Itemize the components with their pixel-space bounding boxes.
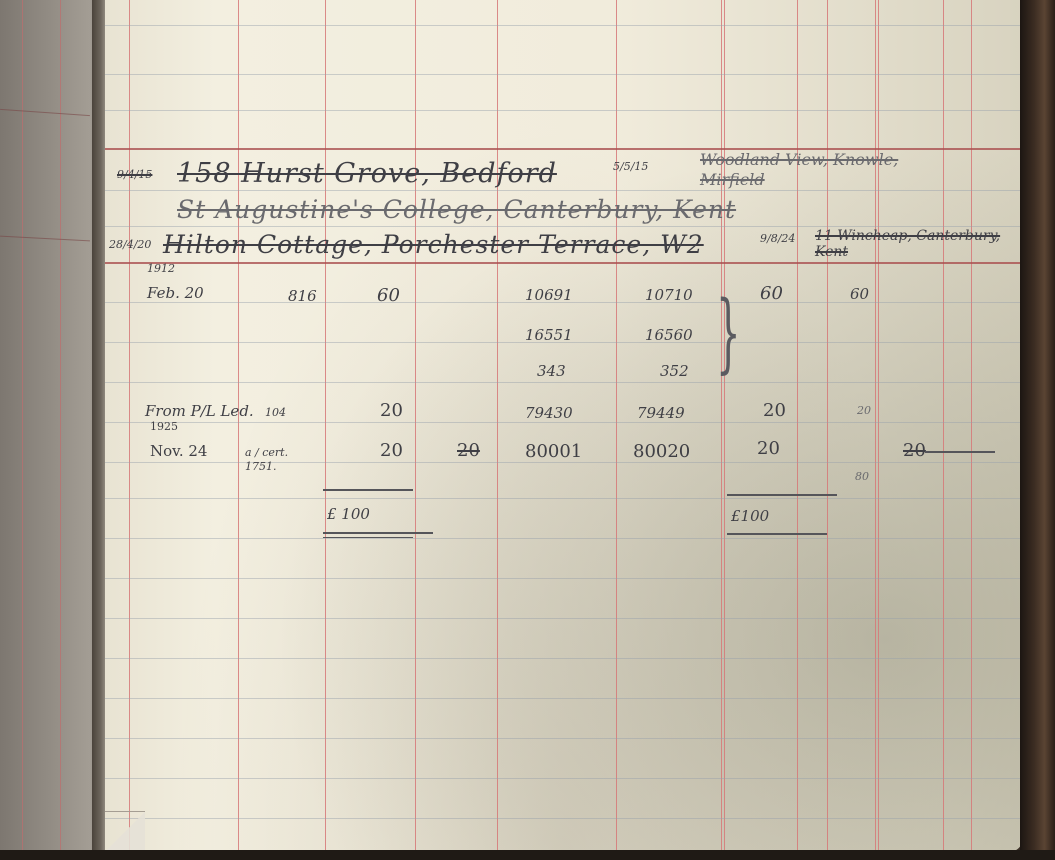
address-line: Hilton Cottage, Porchester Terrace, W2 <box>163 230 704 259</box>
entry-struck-amount: 20 <box>457 440 480 461</box>
column-rule <box>875 0 876 852</box>
entry-to-no: 16560 <box>645 326 693 344</box>
total-rule <box>727 494 837 496</box>
entry-from-no: 10691 <box>525 286 573 304</box>
entry-date: Feb. 20 <box>147 284 204 302</box>
address-line: 158 Hurst Grove, Bedford <box>177 158 557 189</box>
bracket-brace: } <box>716 290 741 376</box>
entry-year: 1925 <box>150 420 178 433</box>
address-date: 5/5/15 <box>613 160 648 173</box>
total-rule <box>323 489 413 491</box>
entry-from-no: 80001 <box>525 441 582 462</box>
entry-col-b-struck: 20 <box>903 440 926 461</box>
column-rule <box>971 0 972 852</box>
total-rule <box>727 533 827 535</box>
column-rule <box>238 0 239 852</box>
torn-corner <box>105 811 145 852</box>
entry-to-no: 79449 <box>637 404 685 422</box>
entry-col-b: 20 <box>857 404 871 417</box>
column-rule <box>415 0 416 852</box>
header-rule <box>105 262 1023 264</box>
entry-from-no: 79430 <box>525 404 573 422</box>
column-rule <box>827 0 828 852</box>
entry-folio: 816 <box>288 287 317 305</box>
entry-to-no: 10710 <box>645 286 693 304</box>
margin-note: 80 <box>855 470 869 483</box>
entry-col-b: 60 <box>850 285 869 303</box>
column-rule <box>497 0 498 852</box>
column-rule <box>129 0 130 852</box>
column-rule <box>325 0 326 852</box>
address-line: St Augustine's College, Canterbury, Kent <box>177 195 736 224</box>
entry-col-a: 20 <box>757 438 780 459</box>
entry-amount: 60 <box>377 285 400 306</box>
entry-amount: 20 <box>380 400 403 421</box>
entry-from-no: 343 <box>537 362 566 380</box>
column-rule <box>616 0 617 852</box>
total-rule <box>323 537 413 538</box>
address-line: 11 Wincheap, Canterbury, Kent <box>815 228 1023 260</box>
entry-to-no: 80020 <box>633 441 690 462</box>
total-rule <box>323 532 433 534</box>
book-bottom-edge <box>0 850 1055 860</box>
year-label: 1912 <box>147 262 175 275</box>
entry-col-a: 20 <box>763 400 786 421</box>
address-date: 9/4/15 <box>117 168 152 181</box>
right-total: £100 <box>731 507 769 525</box>
column-rule <box>943 0 944 852</box>
entry-amount: 20 <box>380 440 403 461</box>
address-date: 28/4/20 <box>109 238 151 251</box>
entry-folio: a / cert. 1751. <box>245 446 315 474</box>
address-line: Woodland View, Knowle, Mirfield <box>700 150 930 190</box>
column-rule <box>721 0 722 852</box>
entry-to-no: 352 <box>660 362 689 380</box>
column-rule <box>797 0 798 852</box>
ledger-page: 9/4/15 158 Hurst Grove, Bedford 5/5/15 W… <box>105 0 1023 852</box>
address-date: 9/8/24 <box>760 232 795 245</box>
entry-folio: 104 <box>265 406 286 419</box>
book-cover-edge <box>1020 0 1055 860</box>
left-total: £ 100 <box>327 505 370 523</box>
strike-dash <box>925 451 995 453</box>
entry-col-a: 60 <box>760 283 783 304</box>
entry-from-no: 16551 <box>525 326 573 344</box>
entry-date: From P/L Led. <box>145 402 254 420</box>
entry-date: Nov. 24 <box>150 442 207 460</box>
